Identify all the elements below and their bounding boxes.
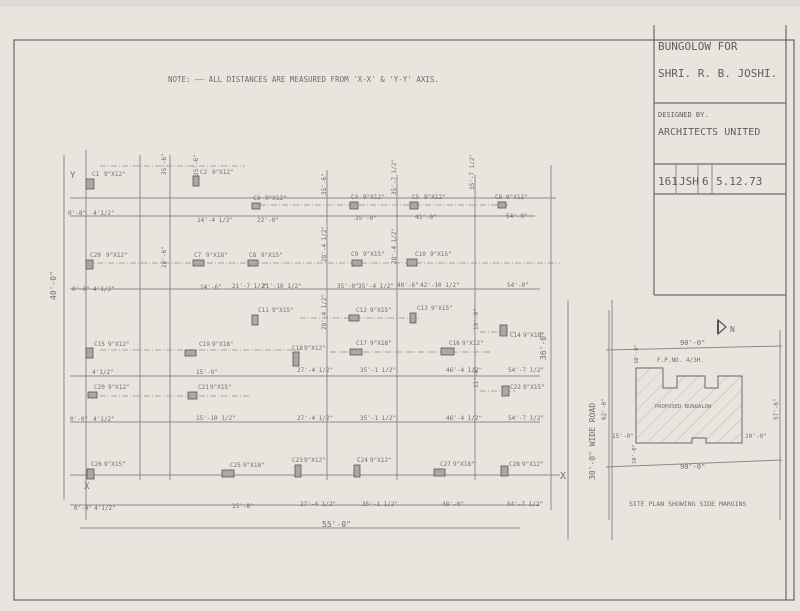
left-depth: 62'-0" — [601, 398, 608, 420]
svg-text:C5: C5 — [412, 194, 420, 201]
svg-text:9"X12": 9"X12" — [212, 169, 234, 176]
column-c22[interactable] — [502, 386, 509, 396]
svg-text:9"X12": 9"X12" — [304, 457, 326, 464]
column-c23[interactable] — [295, 465, 301, 477]
svg-text:C22: C22 — [510, 384, 521, 391]
column-c10[interactable] — [407, 259, 417, 266]
svg-text:9"X12": 9"X12" — [265, 195, 287, 202]
svg-text:35'-4 1/2": 35'-4 1/2" — [358, 283, 394, 290]
y-axis-label: Y — [70, 171, 76, 181]
svg-text:54'-7 1/2": 54'-7 1/2" — [508, 367, 544, 374]
svg-text:C10: C10 — [415, 251, 426, 258]
plot-label: F.P.NO. 4/3H. — [657, 357, 704, 364]
svg-text:4'1/2": 4'1/2" — [93, 210, 115, 217]
x-axis-label-right: X — [560, 471, 566, 482]
svg-text:27'-4 1/2": 27'-4 1/2" — [300, 501, 336, 508]
svg-text:C1: C1 — [92, 171, 100, 178]
svg-text:9"X15": 9"X15" — [431, 305, 453, 312]
svg-text:0'-8": 0'-8" — [68, 210, 86, 217]
column-c19[interactable] — [185, 350, 196, 356]
svg-text:28'-4 1/2": 28'-4 1/2" — [321, 294, 328, 330]
svg-text:54'-7 1/2": 54'-7 1/2" — [508, 415, 544, 422]
svg-text:C7: C7 — [194, 252, 202, 259]
svg-text:9"X15": 9"X15" — [210, 384, 232, 391]
svg-text:9"X18": 9"X18" — [453, 461, 475, 468]
svg-text:C20: C20 — [94, 384, 105, 391]
svg-text:C16: C16 — [449, 340, 460, 347]
svg-text:15'-8": 15'-8" — [232, 503, 254, 510]
svg-text:C19: C19 — [199, 341, 210, 348]
right-depth: 36'-0" — [539, 331, 548, 360]
column-c7[interactable] — [193, 260, 204, 266]
svg-text:C24: C24 — [357, 457, 368, 464]
svg-text:15'-9": 15'-9" — [196, 369, 218, 376]
ref-sheet: 161 — [658, 175, 678, 188]
svg-text:28'-6": 28'-6" — [161, 246, 168, 268]
svg-text:C29: C29 — [90, 252, 101, 259]
column-c27[interactable] — [434, 469, 445, 476]
svg-text:0'-0": 0'-0" — [74, 505, 92, 512]
site-plan-caption: SITE PLAN SHOWING SIDE MARGINS — [629, 500, 746, 508]
structural-plan: BUNGOLOW FOR SHRI. R. B. JOSHI. DESIGNED… — [0, 7, 800, 611]
svg-text:35'-6": 35'-6" — [321, 173, 328, 195]
svg-text:9"X15": 9"X15" — [261, 252, 283, 259]
right-depth-site: 57'-6" — [773, 398, 780, 420]
ref-number: 6 — [702, 175, 709, 188]
svg-text:9"X12": 9"X12" — [104, 171, 126, 178]
svg-text:21'-10 1/2": 21'-10 1/2" — [262, 283, 302, 290]
svg-text:C25: C25 — [230, 462, 241, 469]
ref-date: 5.12.73 — [716, 175, 762, 188]
front-margin: 10'-0" — [632, 444, 638, 464]
column-c21[interactable] — [188, 392, 197, 399]
road-label: 30'-0" WIDE ROAD — [588, 403, 597, 480]
svg-text:4'1/2": 4'1/2" — [93, 416, 115, 423]
svg-text:9"X12": 9"X12" — [506, 194, 528, 201]
column-c26[interactable] — [87, 469, 94, 479]
svg-text:27'-4 1/2": 27'-4 1/2" — [297, 415, 333, 422]
grid-vertical — [64, 150, 568, 530]
column-c14[interactable] — [500, 325, 507, 336]
svg-text:9"X12": 9"X12" — [522, 461, 544, 468]
svg-text:C18: C18 — [292, 345, 303, 352]
column-c1[interactable] — [86, 179, 94, 189]
title-block: BUNGOLOW FOR SHRI. R. B. JOSHI. DESIGNED… — [654, 25, 786, 600]
svg-text:14'-6": 14'-6" — [200, 284, 222, 291]
svg-text:C26: C26 — [91, 461, 102, 468]
column-c4[interactable] — [350, 202, 358, 209]
svg-text:9"X12": 9"X12" — [424, 194, 446, 201]
svg-text:35'-7 1/2": 35'-7 1/2" — [469, 154, 476, 190]
svg-text:C4: C4 — [351, 194, 359, 201]
svg-text:C9: C9 — [351, 251, 359, 258]
svg-text:35'-1 1/2": 35'-1 1/2" — [360, 367, 396, 374]
svg-text:22'-0": 22'-0" — [257, 217, 279, 224]
svg-text:54'-0": 54'-0" — [507, 282, 529, 289]
overall-depth: 40'-0" — [49, 271, 58, 300]
svg-text:C8: C8 — [249, 252, 257, 259]
designer-name: ARCHITECTS UNITED — [658, 127, 760, 138]
svg-text:C21: C21 — [198, 384, 209, 391]
svg-text:35'-1 1/2": 35'-1 1/2" — [360, 415, 396, 422]
drawing-border — [14, 40, 794, 600]
svg-text:9"X15": 9"X15" — [430, 251, 452, 258]
svg-text:35'-6": 35'-6" — [193, 154, 200, 176]
svg-text:15'-10 1/2": 15'-10 1/2" — [196, 415, 236, 422]
column-c20[interactable] — [88, 392, 97, 398]
svg-text:C14: C14 — [510, 332, 521, 339]
left-margin: 15'-0" — [612, 433, 634, 440]
svg-text:54'-0": 54'-0" — [506, 213, 528, 220]
svg-text:9"X15": 9"X15" — [363, 251, 385, 258]
svg-text:9"X12": 9"X12" — [363, 194, 385, 201]
column-c13[interactable] — [410, 313, 416, 323]
column-c16[interactable] — [441, 348, 454, 355]
svg-text:C13: C13 — [417, 305, 428, 312]
svg-text:9"X18": 9"X18" — [370, 340, 392, 347]
svg-text:9"X15": 9"X15" — [272, 307, 294, 314]
column-c9[interactable] — [352, 260, 362, 266]
svg-text:9"X12": 9"X12" — [462, 340, 484, 347]
column-c15[interactable] — [86, 348, 93, 358]
svg-text:27'-4 1/2": 27'-4 1/2" — [297, 367, 333, 374]
svg-text:9"X12": 9"X12" — [370, 457, 392, 464]
svg-text:C27: C27 — [440, 461, 451, 468]
svg-text:42'-10 1/2": 42'-10 1/2" — [420, 282, 460, 289]
column-c28[interactable] — [501, 466, 508, 476]
column-c18[interactable] — [293, 352, 299, 366]
svg-text:35'-6": 35'-6" — [161, 153, 168, 175]
svg-text:C15: C15 — [94, 341, 105, 348]
column-c6[interactable] — [498, 202, 506, 208]
note-text: NOTE: —— ALL DISTANCES ARE MEASURED FROM… — [168, 75, 439, 84]
svg-text:C2: C2 — [200, 169, 208, 176]
bottom-width: 90'-0" — [680, 463, 705, 471]
column-c3[interactable] — [252, 203, 260, 209]
svg-text:43'-0": 43'-0" — [415, 214, 437, 221]
svg-text:C6: C6 — [495, 194, 503, 201]
svg-text:C11: C11 — [258, 307, 269, 314]
svg-text:48'-0": 48'-0" — [442, 501, 464, 508]
svg-text:0'-0": 0'-0" — [72, 286, 90, 293]
svg-text:C3: C3 — [253, 195, 261, 202]
svg-text:9"X18": 9"X18" — [243, 462, 265, 469]
svg-text:C28: C28 — [509, 461, 520, 468]
svg-text:9"X12": 9"X12" — [108, 341, 130, 348]
svg-text:9"X18": 9"X18" — [206, 252, 228, 259]
svg-text:9"X15": 9"X15" — [523, 384, 545, 391]
svg-text:35'-7 1/2": 35'-7 1/2" — [391, 159, 398, 195]
svg-text:46'-4 1/2": 46'-4 1/2" — [446, 415, 482, 422]
svg-text:4'1/2": 4'1/2" — [92, 369, 114, 376]
building-label: PROPOSED BUNGALOW — [655, 404, 712, 410]
x-axis-label-left: X — [84, 482, 90, 492]
drawing-sheet: BUNGOLOW FOR SHRI. R. B. JOSHI. DESIGNED… — [0, 7, 800, 611]
column-c29[interactable] — [86, 260, 93, 269]
project-title: BUNGOLOW FOR — [658, 40, 738, 53]
svg-text:11'-0": 11'-0" — [473, 366, 480, 388]
designed-by-label: DESIGNED BY. — [658, 111, 709, 119]
svg-text:4'1/2": 4'1/2" — [94, 505, 116, 512]
svg-text:C17: C17 — [356, 340, 367, 347]
svg-text:9"X18": 9"X18" — [212, 341, 234, 348]
svg-text:9"X15": 9"X15" — [370, 307, 392, 314]
client-name: SHRI. R. B. JOSHI. — [658, 67, 777, 80]
svg-text:28'-4 1/2": 28'-4 1/2" — [321, 226, 328, 262]
rear-margin: 10'-0" — [634, 344, 640, 364]
svg-text:54'-7 1/2": 54'-7 1/2" — [507, 501, 543, 508]
column-c11[interactable] — [252, 315, 258, 325]
ref-code: JSH — [679, 175, 699, 188]
svg-text:C23: C23 — [292, 457, 303, 464]
column-c25[interactable] — [222, 470, 234, 477]
svg-text:9"X15": 9"X15" — [104, 461, 126, 468]
svg-text:35'-0": 35'-0" — [355, 215, 377, 222]
svg-text:C12: C12 — [356, 307, 367, 314]
top-width: 90'-0" — [680, 339, 705, 347]
svg-text:35'-0": 35'-0" — [337, 283, 359, 290]
svg-text:9"X12": 9"X12" — [304, 345, 326, 352]
site-plan: N 90'-0" F.P.NO. 4/3H. PROPOSED BUNGALOW… — [601, 310, 782, 520]
svg-text:9"X12": 9"X12" — [106, 252, 128, 259]
overall-width: 55'-0" — [322, 520, 351, 529]
svg-text:14'-4 1/2": 14'-4 1/2" — [197, 217, 233, 224]
svg-text:28'-4 1/2": 28'-4 1/2" — [391, 228, 398, 264]
svg-text:19'-0": 19'-0" — [473, 308, 480, 330]
column-c12[interactable] — [349, 315, 359, 321]
right-margin: 20'-0" — [745, 433, 767, 440]
north-arrow-icon — [718, 320, 726, 334]
svg-text:35'-1 1/2": 35'-1 1/2" — [362, 501, 398, 508]
column-c24[interactable] — [354, 465, 360, 477]
north-label: N — [730, 325, 735, 334]
column-c8[interactable] — [248, 260, 258, 266]
svg-text:40'-6": 40'-6" — [397, 282, 419, 289]
column-c17[interactable] — [350, 349, 362, 355]
column-c2[interactable] — [193, 176, 199, 186]
svg-text:4'1/2": 4'1/2" — [93, 286, 115, 293]
svg-text:0'-0": 0'-0" — [70, 416, 88, 423]
column-c5[interactable] — [410, 202, 418, 209]
svg-text:9"X12": 9"X12" — [108, 384, 130, 391]
